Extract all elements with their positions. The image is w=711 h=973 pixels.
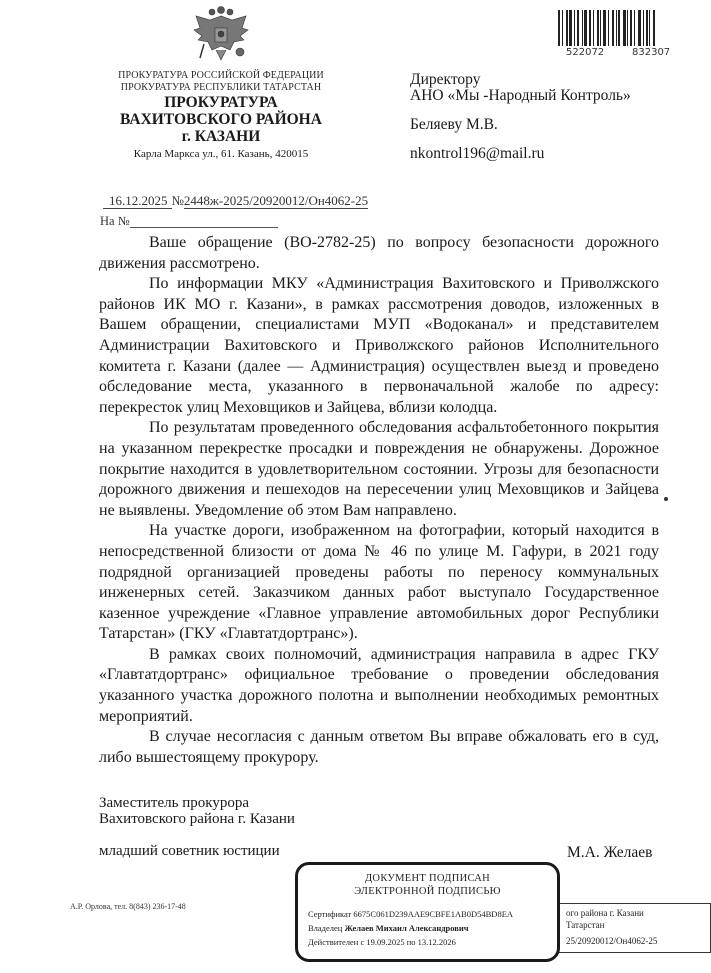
valid-from-label: с: [360, 937, 364, 947]
org-title-line3: г. КАЗАНИ: [86, 128, 356, 146]
org-title-line2: ВАХИТОВСКОГО РАЙОНА: [86, 111, 356, 129]
stamp-certificate: Сертификат 6675C061D239AAE9CBFE1AB0D54BD…: [308, 909, 513, 919]
registration-number-prefix: №: [172, 193, 184, 208]
stamp-owner: Владелец Желаев Михаил Александрович: [308, 923, 469, 933]
stamp-fragment-line1: ого района г. Казани: [558, 907, 710, 919]
russian-coat-of-arms-icon: [190, 6, 252, 64]
reply-to-blank-line: [130, 227, 278, 228]
valid-to-value: 13.12.2026: [418, 937, 456, 947]
addressee-organization: АНО «Мы -Народный Контроль»: [410, 88, 631, 104]
registration-stamp-fragment: ого района г. Казани Татарстан 25/209200…: [558, 903, 711, 953]
reply-to-label: На №: [100, 214, 130, 229]
certificate-label: Сертификат: [308, 909, 351, 919]
org-title-line1: ПРОКУРАТУРА: [86, 94, 356, 112]
valid-from-value: 19.09.2025: [366, 937, 404, 947]
barcode-number-right: 832307: [632, 47, 670, 58]
signer-rank: младший советник юстиции: [99, 843, 280, 859]
signer-name: М.А. Желаев: [567, 844, 652, 862]
paragraph: В рамках своих полномочий, администрация…: [99, 645, 659, 727]
paragraph: В случае несогласия с данным ответом Вы …: [99, 727, 659, 768]
registration-date: 16.12.2025: [103, 194, 172, 209]
paragraph: На участке дороги, изображенном на фотог…: [99, 521, 659, 645]
stamp-title-line2: ЭЛЕКТРОННОЙ ПОДПИСЬЮ: [298, 885, 557, 898]
paragraph: Ваше обращение (ВО-2782-25) по вопросу б…: [99, 233, 659, 274]
addressee-name: Беляеву М.В.: [410, 117, 498, 133]
stamp-fragment-line3: 25/20920012/Он4062-25: [558, 935, 710, 947]
org-address: Карла Маркса ул., 61. Казань, 420015: [86, 148, 356, 160]
paragraph: По информации МКУ «Администрация Вахитов…: [99, 274, 659, 418]
barcode-number-left: 522072: [566, 47, 604, 58]
electronic-signature-stamp: ДОКУМЕНТ ПОДПИСАН ЭЛЕКТРОННОЙ ПОДПИСЬЮ С…: [295, 862, 560, 962]
org-line-federation: ПРОКУРАТУРА РОССИЙСКОЙ ФЕДЕРАЦИИ: [86, 70, 356, 82]
executor-contact: А.Р. Орлова, тел. 8(843) 236-17-48: [70, 902, 186, 911]
addressee-email: nkontrol196@mail.ru: [410, 146, 544, 162]
addressee-position: Директору: [410, 72, 480, 88]
owner-label: Владелец: [308, 923, 342, 933]
stamp-title-line1: ДОКУМЕНТ ПОДПИСАН: [298, 872, 557, 885]
registration-number: 2448ж-2025/20920012/Он4062-25: [184, 194, 368, 209]
owner-value: Желаев Михаил Александрович: [344, 923, 468, 933]
paragraph: По результатам проведенного обследования…: [99, 418, 659, 521]
registration-line: 16.12.2025№2448ж-2025/20920012/Он4062-25: [103, 193, 368, 209]
signer-position-line1: Заместитель прокурора: [99, 795, 249, 811]
barcode: [558, 10, 686, 46]
stamp-validity: Действителен с 19.09.2025 по 13.12.2026: [308, 937, 456, 947]
letter-body: Ваше обращение (ВО-2782-25) по вопросу б…: [99, 233, 659, 768]
certificate-value: 6675C061D239AAE9CBFE1AB0D54BD8EA: [353, 909, 513, 919]
org-line-republic: ПРОКУРАТУРА РЕСПУБЛИКИ ТАТАРСТАН: [86, 82, 356, 94]
stamp-fragment-line2: Татарстан: [558, 919, 710, 931]
valid-to-label: по: [407, 937, 416, 947]
scan-speck: [664, 497, 668, 501]
signer-position-line2: Вахитовского района г. Казани: [99, 811, 295, 827]
valid-label: Действителен: [308, 937, 358, 947]
